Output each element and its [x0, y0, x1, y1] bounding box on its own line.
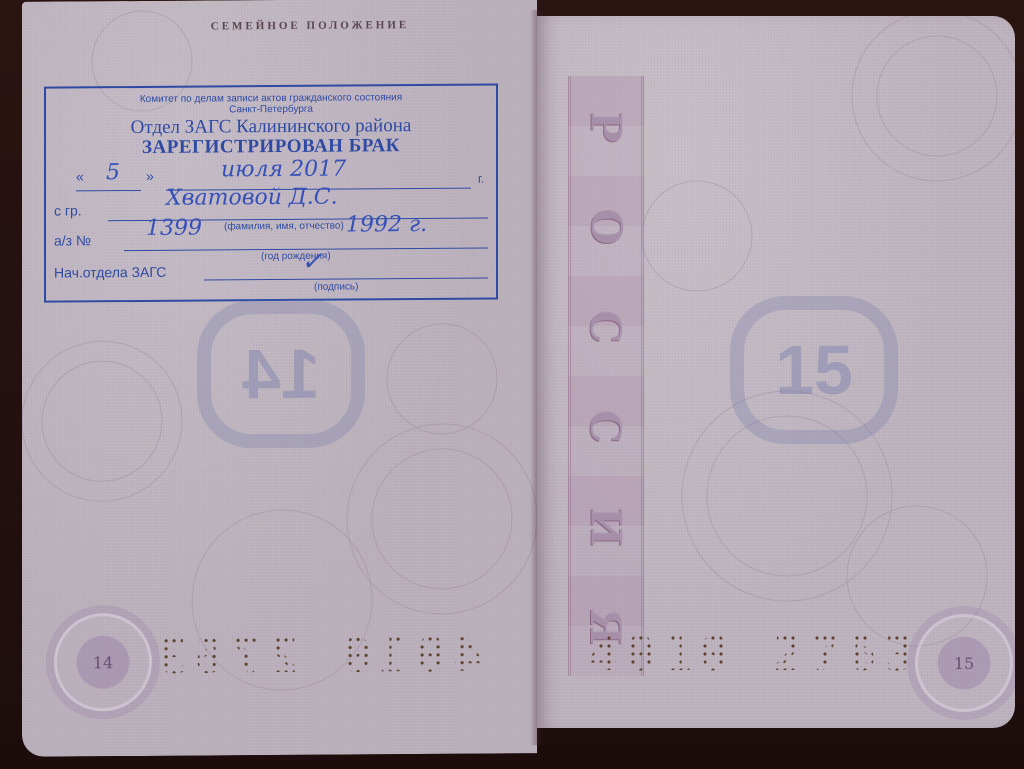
record-row: а/з № 1399 1992 г. (год рождения) — [46, 225, 496, 252]
year-suffix: г. — [478, 172, 484, 186]
rosette-emblem: 14 — [54, 613, 152, 712]
record-number: 1399 — [146, 216, 202, 241]
with-label: с гр. — [54, 202, 82, 218]
stamp-title: ЗАРЕГИСТРИРОВАН БРАК — [46, 135, 496, 158]
date-day: 5 — [106, 160, 120, 185]
strip-lettering: Р О С С И Я — [571, 76, 641, 676]
serial-perforation: 4010 2763 — [589, 626, 921, 682]
page-number-watermark: 14 — [197, 299, 365, 448]
date-month-year: июля 2017 — [221, 157, 346, 183]
head-label: Нач.отдела ЗАГС — [54, 264, 166, 281]
rosette-emblem: 15 — [915, 614, 1013, 712]
left-page: СЕМЕЙНОЕ ПОЛОЖЕНИЕ Комитет по делам запи… — [22, 0, 537, 757]
spouse-name: Хватовой Д.С. — [166, 185, 338, 211]
birth-year: 1992 г. — [346, 212, 427, 238]
page-number-watermark: 15 — [730, 296, 898, 444]
serial-perforation: 4010 2763 — [150, 627, 482, 685]
marriage-registration-stamp: Комитет по делам записи актов гражданско… — [44, 83, 498, 302]
security-strip: Р О С С И Я — [568, 76, 644, 676]
signature: ✓ — [301, 247, 323, 277]
stamp-issuer-line2: Санкт-Петербурга — [46, 102, 496, 116]
head-row: Нач.отдела ЗАГС ✓ (подпись) — [46, 257, 496, 284]
right-page: Р О С С И Я 15 15 4010 2763 — [537, 16, 1015, 728]
section-heading: СЕМЕЙНОЕ ПОЛОЖЕНИЕ — [150, 19, 470, 33]
signature-caption: (подпись) — [314, 281, 358, 292]
record-label: а/з № — [54, 232, 91, 248]
spouse-row: с гр. Хватовой Д.С. (фамилия, имя, отчес… — [46, 193, 496, 220]
